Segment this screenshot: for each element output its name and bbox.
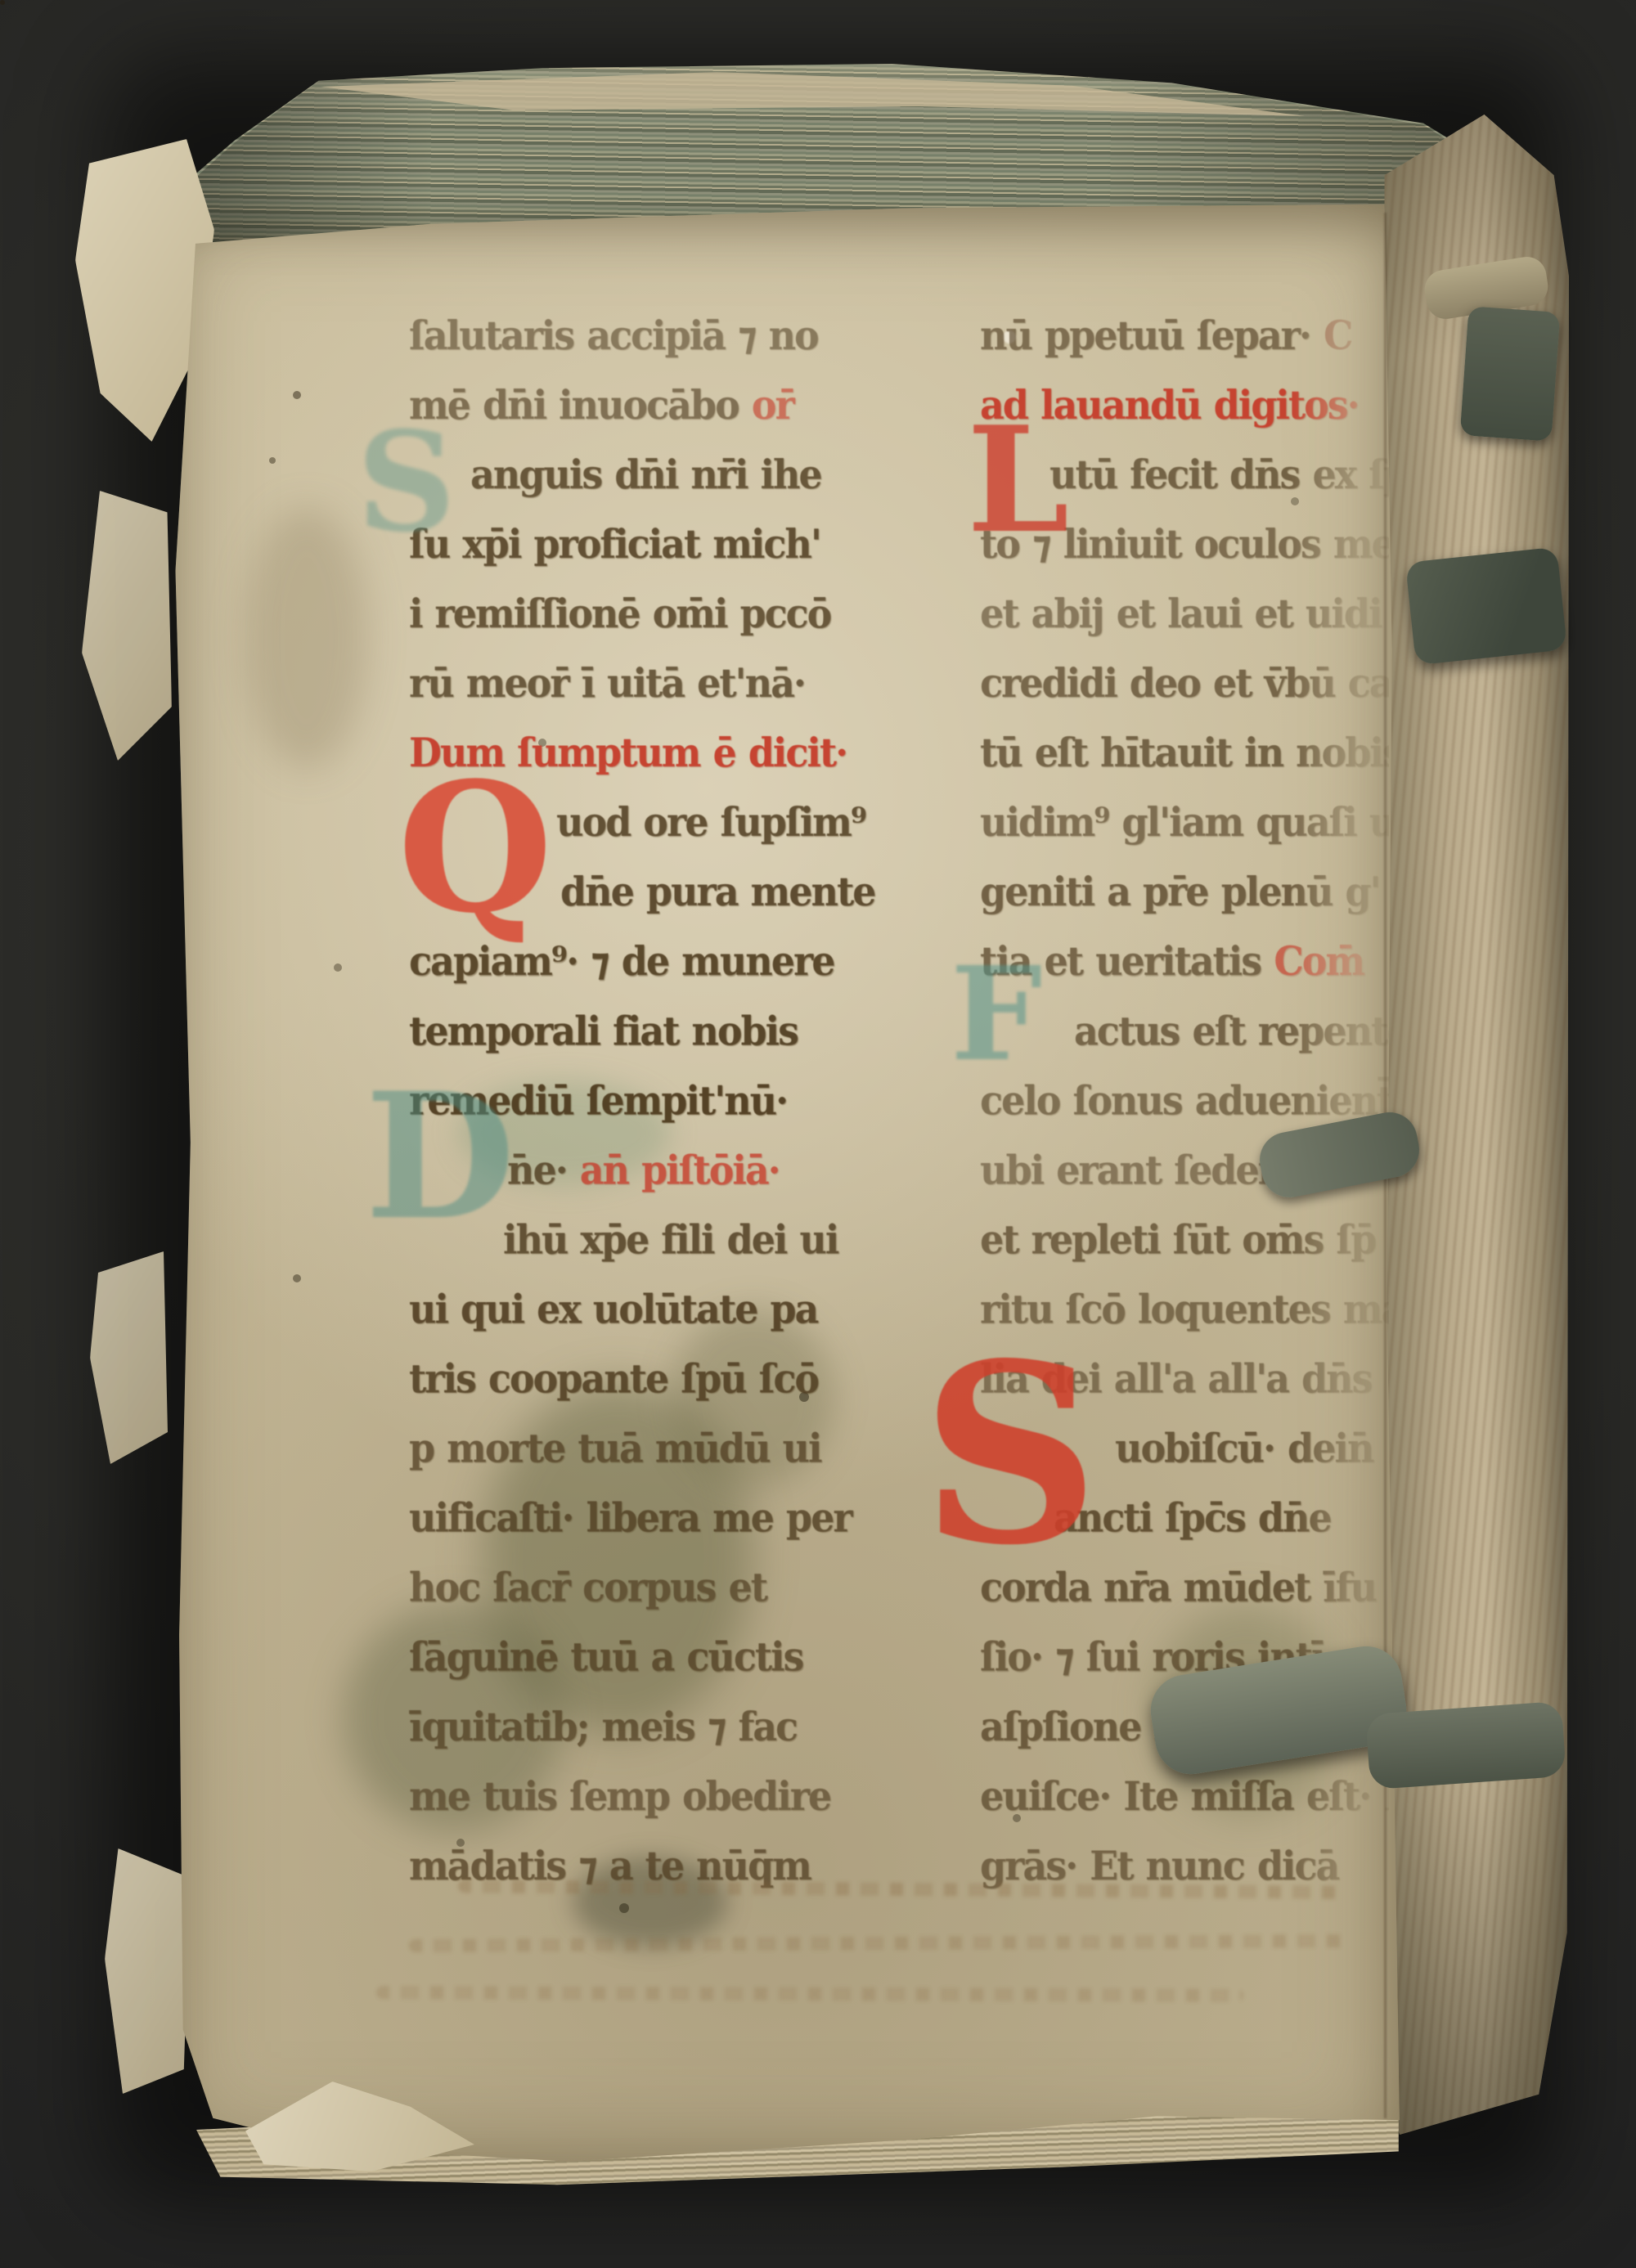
manuscript-line: me tuis ſemp obedire <box>409 1762 818 1831</box>
text-segment: dn̄e pura mente <box>560 869 874 915</box>
initial-D-teal: D <box>365 1070 515 1243</box>
text-segment: tū eſt hītauit in nobis <box>980 730 1402 776</box>
torn-parchment-edge <box>105 1848 195 2094</box>
leather-tie <box>1460 306 1561 441</box>
manuscript-line: ui qui ex uolūtate pa <box>409 1275 818 1345</box>
text-segment: geniti a pr̄e plenū g' <box>980 869 1380 915</box>
text-segment: uod ore ſupſim⁹ <box>556 799 865 846</box>
text-segment: or̄ <box>752 382 793 429</box>
leather-tie <box>1405 547 1567 666</box>
text-segment: et repleti ſūt om̄s ſp̄ <box>980 1216 1375 1263</box>
text-segment: uidim⁹ gl'iam quaſi uī <box>980 799 1408 846</box>
text-segment: ſāguinē tuū a cūctis <box>409 1634 802 1681</box>
text-segment: C <box>1324 312 1352 359</box>
manuscript-line: uificaſti· libera me per <box>409 1484 818 1553</box>
text-segment: i remiſſionē om̄i pccō <box>409 591 830 637</box>
torn-parchment-edge <box>90 1251 172 1464</box>
manuscript-line: uidim⁹ gl'iam quaſi uī <box>980 788 1389 857</box>
manuscript-line: anguis dn̄i nr̄i ihe <box>409 440 818 510</box>
text-segment: nū ppetuū ſepar· <box>980 312 1324 359</box>
manuscript-line: et abij et laui et uidi <box>980 579 1389 649</box>
text-segment: grās· Et nunc dicā <box>980 1843 1338 1889</box>
text-segment: tris coopante ſpū ſcō <box>409 1355 818 1402</box>
text-segment: me tuis ſemp obedire <box>409 1773 830 1820</box>
manuscript-line: credidi deo et v̄bū caro <box>980 649 1389 718</box>
torn-parchment-edge <box>82 491 172 761</box>
manuscript-line: rū meor̄ ī uitā et'nā· <box>409 649 818 718</box>
manuscript-line: hoc ſacr̄ corpus et <box>409 1553 818 1623</box>
leather-tie <box>1365 1701 1566 1790</box>
text-segment: n̄e· <box>507 1147 580 1193</box>
text-segment: credidi deo et v̄bū caro <box>980 660 1434 707</box>
text-segment: Com̄ <box>1274 938 1364 985</box>
manuscript-line: mē dn̄i inuocābo or̄ <box>409 371 818 440</box>
text-segment: uobiſcū· dein̄ <box>1115 1425 1373 1471</box>
manuscript-photo: ſalutaris accipiā ⁊ nomē dn̄i inuocābo o… <box>0 0 1636 2268</box>
initial-L-red: L <box>967 407 1069 553</box>
stain <box>245 507 368 769</box>
text-segment: ui qui ex uolūtate pa <box>409 1286 817 1332</box>
text-segment: hoc ſacr̄ corpus et <box>409 1565 766 1611</box>
text-segment: uificaſti· libera me per <box>409 1495 852 1542</box>
text-segment: temporali fiat nobis <box>409 1008 798 1054</box>
manuscript-line: i remiſſionē om̄i pccō <box>409 579 818 649</box>
text-segment: īquitatib; meis ⁊ fac <box>409 1704 797 1750</box>
initial-F-teal: F <box>951 950 1042 1080</box>
text-segment: anguis dn̄i nr̄i ihe <box>470 451 821 498</box>
text-segment: utū fecit dn̄s ex ſpu <box>1049 451 1434 498</box>
text-segment: actus eſt repente <box>1074 1008 1409 1054</box>
text-segment: et abij et laui et uidi <box>980 591 1381 637</box>
text-segment: rū meor̄ ī uitā et'nā· <box>409 660 805 707</box>
ink-speckles <box>0 0 5 5</box>
text-segment: euiſce· Ite miſſa eſt· D <box>980 1773 1414 1820</box>
initial-S-red-large: S <box>921 1332 1099 1579</box>
manuscript-line: ſāguinē tuū a cūctis <box>409 1623 818 1692</box>
manuscript-line: īquitatib; meis ⁊ fac <box>409 1692 818 1762</box>
manuscript-line: et repleti ſūt om̄s ſp̄ <box>980 1206 1389 1275</box>
text-segment: p morte tuā mūdū ui <box>409 1425 820 1471</box>
text-segment: ſalutaris accipiā ⁊ no <box>409 312 818 359</box>
manuscript-line: p morte tuā mūdū ui <box>409 1414 818 1484</box>
text-segment: mē dn̄i inuocābo <box>409 382 752 429</box>
manuscript-line: tris coopante ſpū ſcō <box>409 1345 818 1414</box>
initial-Q-red: Q <box>398 759 553 937</box>
text-segment: ſu xp̄i proficiat mich' <box>409 521 820 568</box>
text-segment: an̄ piſtōiā· <box>580 1147 780 1193</box>
initial-S-teal: S <box>357 413 456 550</box>
manuscript-line: geniti a pr̄e plenū g' <box>980 857 1389 927</box>
manuscript-line: nū ppetuū ſepar· C <box>980 301 1389 371</box>
text-segment: celo ſonus aduenient̄· <box>980 1077 1404 1124</box>
manuscript-line: ſalutaris accipiā ⁊ no <box>409 301 818 371</box>
manuscript-line: ſu xp̄i proficiat mich' <box>409 510 818 579</box>
text-segment: ihū xp̄e fili dei ui <box>503 1216 838 1263</box>
manuscript-line: tū eſt hītauit in nobis <box>980 718 1389 788</box>
